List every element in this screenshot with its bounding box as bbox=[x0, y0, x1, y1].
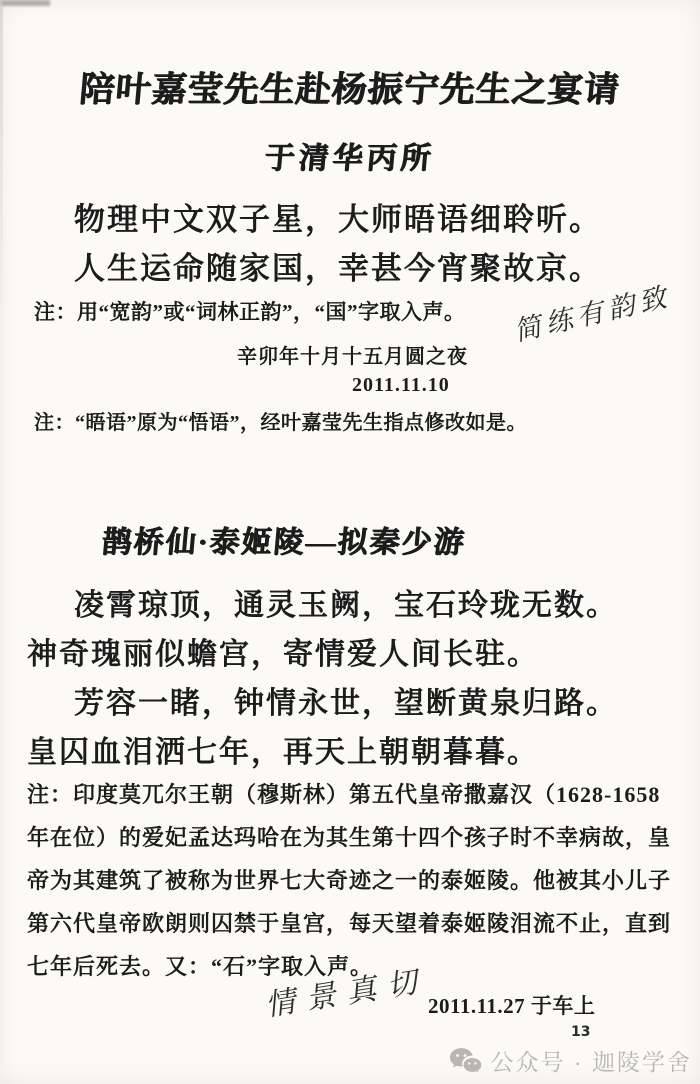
poem1-note2: 注：“晤语”原为“悟语”，经叶嘉莹先生指点修改如是。 bbox=[34, 406, 527, 435]
page-number: 13 bbox=[571, 1024, 590, 1040]
poem2-verse-line: 凌霄琼顶，通灵玉阙，宝石玲珑无数。 bbox=[74, 580, 618, 624]
poem1-note: 注：用“宽韵”或“词林正韵”，“国”字取入声。 bbox=[34, 296, 466, 326]
watermark-text: 公众号 · 迦陵学舍 bbox=[491, 1044, 692, 1077]
poem2-note-line: 帝为其建筑了被称为世界七大奇迹之一的泰姬陵。他被其小儿子 bbox=[27, 864, 671, 895]
poem2-date: 2011.11.27 于车上 bbox=[428, 990, 595, 1020]
poem1-date: 2011.11.10 bbox=[352, 374, 450, 397]
poem2-note-line: 年在位）的爱妃孟达玛哈在为其生第十四个孩子时不幸病故，皇 bbox=[27, 821, 671, 852]
poem1-title-line2: 于清华丙所 bbox=[0, 133, 700, 177]
poem1-verse-line: 人生运命随家国，幸甚今宵聚故京。 bbox=[74, 243, 602, 288]
poem1-lunar-date: 辛卯年十月十五月圆之夜 bbox=[237, 340, 468, 369]
poem1-verse-line: 物理中文双子星，大师晤语细聆听。 bbox=[74, 194, 602, 239]
poem2-title: 鹊桥仙·泰姬陵—拟秦少游 bbox=[100, 517, 468, 561]
poem2-note-line: 注：印度莫兀尔王朝（穆斯林）第五代皇帝撒嘉汉（1628-1658 bbox=[27, 778, 660, 809]
poem2-note-line: 第六代皇帝欧朗则囚禁于皇宫，每天望着泰姬陵泪流不止，直到 bbox=[27, 907, 671, 938]
wechat-icon bbox=[449, 1047, 483, 1075]
scan-artifact-top bbox=[0, 0, 50, 6]
poem2-verse-line: 皇囚血泪洒七年，再天上朝朝暮暮。 bbox=[27, 727, 539, 771]
wechat-watermark: 公众号 · 迦陵学舍 bbox=[449, 1044, 692, 1077]
scanned-page: 陪叶嘉莹先生赴杨振宁先生之宴请 于清华丙所 物理中文双子星，大师晤语细聆听。 人… bbox=[0, 0, 700, 1084]
poem2-verse-line: 芳容一睹，钟情永世，望断黄泉归路。 bbox=[74, 678, 618, 722]
poem2-verse-line: 神奇瑰丽似蟾宫，寄情爱人间长驻。 bbox=[27, 629, 539, 673]
poem1-title-line1: 陪叶嘉莹先生赴杨振宁先生之宴请 bbox=[0, 62, 700, 112]
